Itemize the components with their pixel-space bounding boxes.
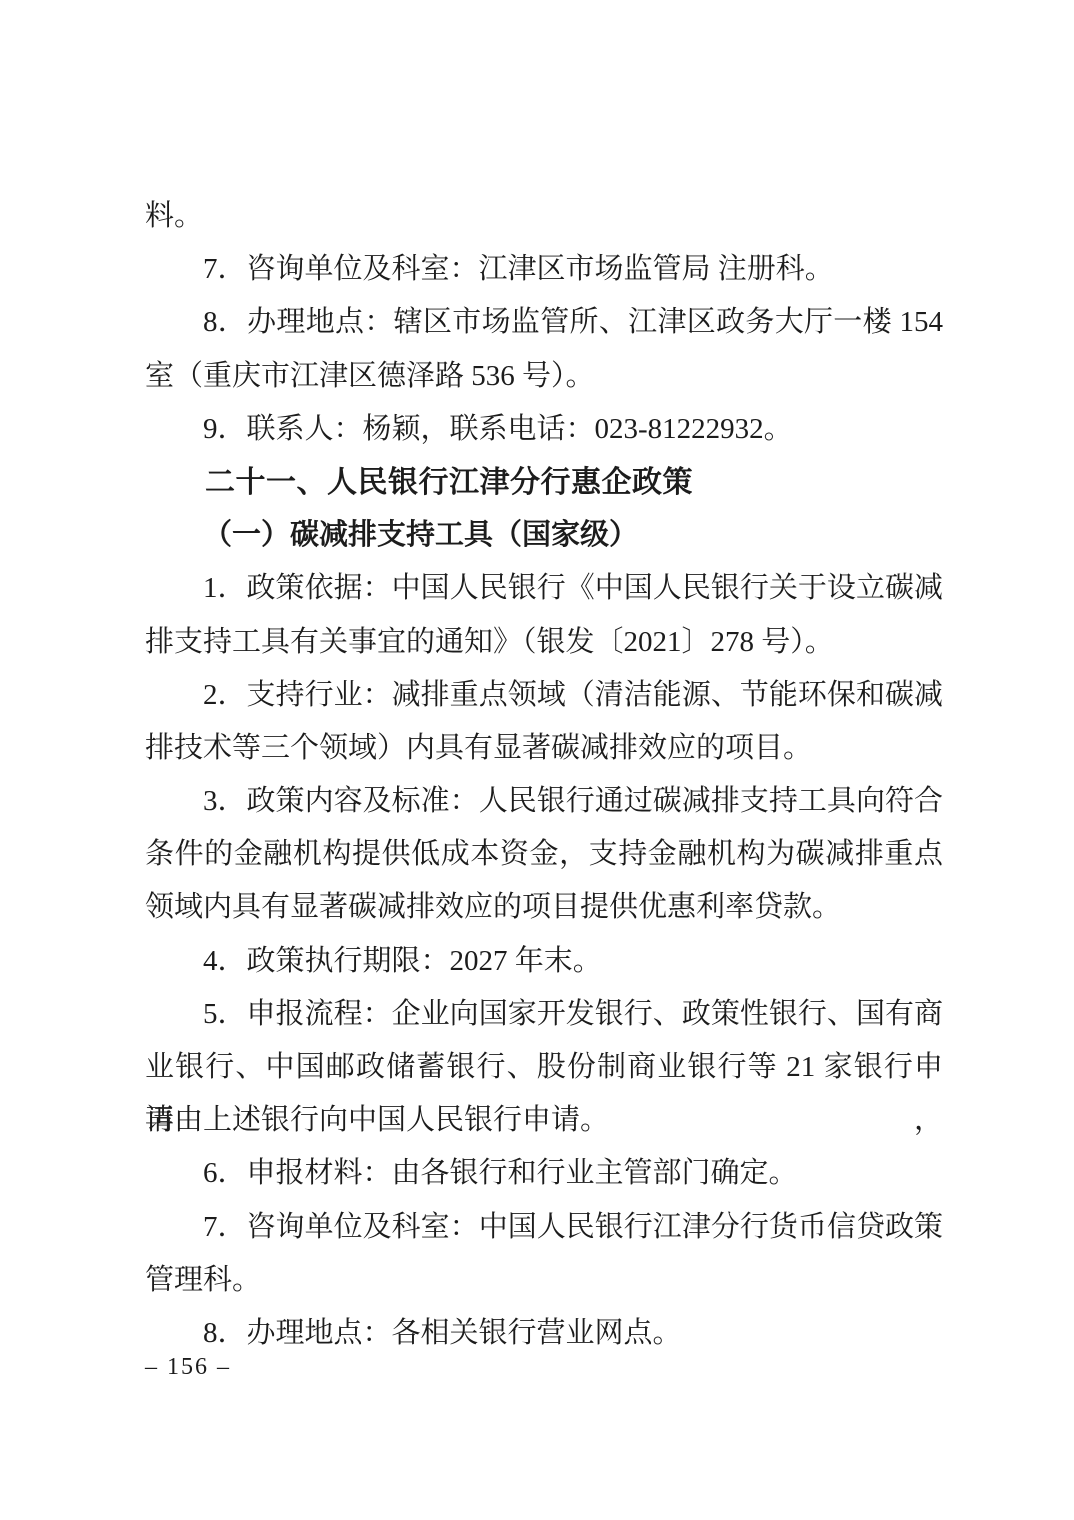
text-line: 7．咨询单位及科室：江津区市场监管局 注册科。 xyxy=(145,243,943,296)
text-line: 料。 xyxy=(145,190,943,243)
subsection-heading: （一）碳减排支持工具（国家级） xyxy=(145,509,943,562)
text-line: 管理科。 xyxy=(145,1254,943,1307)
text-line: 8．办理地点：各相关银行营业网点。 xyxy=(145,1307,943,1360)
document-page: 料。7．咨询单位及科室：江津区市场监管局 注册科。8．办理地点：辖区市场监管所、… xyxy=(0,0,1074,1520)
text-line: 5．申报流程：企业向国家开发银行、政策性银行、国有商 xyxy=(145,988,943,1041)
section-heading: 二十一、人民银行江津分行惠企政策 xyxy=(145,456,943,509)
text-line: 1．政策依据：中国人民银行《中国人民银行关于设立碳减 xyxy=(145,562,943,615)
text-line: 7．咨询单位及科室：中国人民银行江津分行货币信贷政策 xyxy=(145,1201,943,1254)
text-line: 8．办理地点：辖区市场监管所、江津区政务大厅一楼 154 xyxy=(145,296,943,349)
text-line: 9．联系人：杨颖，联系电话：023-81222932。 xyxy=(145,403,943,456)
text-line: 3．政策内容及标准：人民银行通过碳减排支持工具向符合 xyxy=(145,775,943,828)
text-line: 排支持工具有关事宜的通知》（银发〔2021〕278 号）。 xyxy=(145,616,943,669)
text-line: 4．政策执行期限：2027 年末。 xyxy=(145,935,943,988)
text-line: 领域内具有显著碳减排效应的项目提供优惠利率贷款。 xyxy=(145,881,943,934)
page-number: – 156 – xyxy=(145,1354,231,1380)
text-line: 2．支持行业：减排重点领域（清洁能源、节能环保和碳减 xyxy=(145,669,943,722)
page-footer: – 156 – xyxy=(145,1352,231,1382)
text-line: 6．申报材料：由各银行和行业主管部门确定。 xyxy=(145,1147,943,1200)
text-line: 业银行、中国邮政储蓄银行、股份制商业银行等 21 家银行申请， xyxy=(145,1041,943,1094)
text-line: 条件的金融机构提供低成本资金，支持金融机构为碳减排重点 xyxy=(145,828,943,881)
text-line: 排技术等三个领域）内具有显著碳减排效应的项目。 xyxy=(145,722,943,775)
document-content: 料。7．咨询单位及科室：江津区市场监管局 注册科。8．办理地点：辖区市场监管所、… xyxy=(145,190,943,1360)
text-line: 室（重庆市江津区德泽路 536 号）。 xyxy=(145,350,943,403)
